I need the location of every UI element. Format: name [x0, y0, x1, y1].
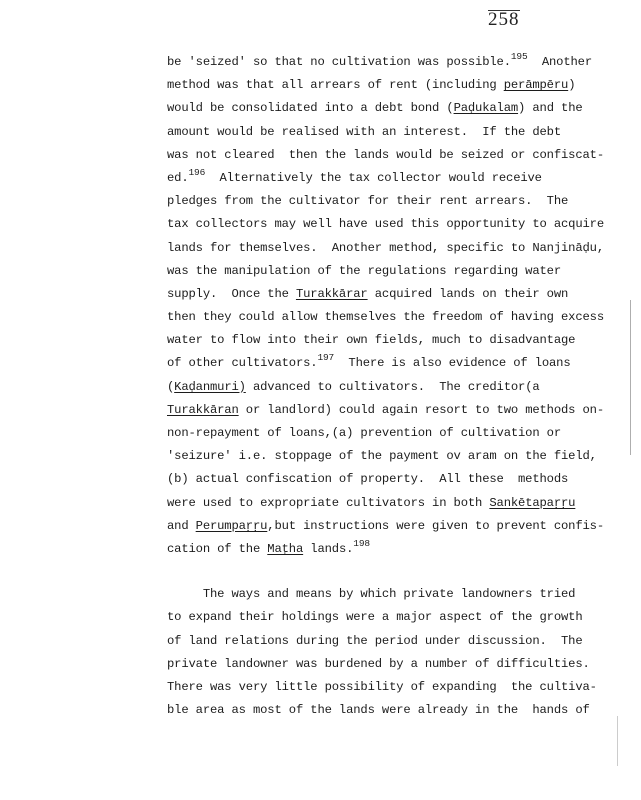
- text-line: supply. Once the Turakkārar acquired lan…: [167, 283, 637, 306]
- text-line: private landowner was burdened by a numb…: [167, 653, 637, 676]
- text-span: to expand their holdings were a major as…: [167, 610, 583, 624]
- text-line: and Perumpaṛṛu,but instructions were giv…: [167, 515, 637, 538]
- text-line: be 'seized' so that no cultivation was p…: [167, 51, 637, 74]
- footnote-ref: 195: [511, 51, 528, 62]
- text-span: pledges from the cultivator for their re…: [167, 194, 568, 208]
- underlined-term: Kaḍanmuri): [174, 380, 246, 394]
- underlined-term: Sankētapaṛṛu: [489, 496, 575, 510]
- text-line: was the manipulation of the regulations …: [167, 260, 637, 283]
- page-number: 258: [488, 10, 520, 28]
- footnote-ref: 197: [317, 352, 334, 363]
- text-span: of other cultivators.: [167, 356, 317, 370]
- text-line: (b) actual confiscation of property. All…: [167, 468, 637, 491]
- text-span: ): [568, 78, 575, 92]
- text-line: ble area as most of the lands were alrea…: [167, 699, 637, 722]
- underlined-term: Perumpaṛṛu: [196, 519, 268, 533]
- text-line: of land relations during the period unde…: [167, 630, 637, 653]
- text-span: method was that all arrears of rent (inc…: [167, 78, 504, 92]
- text-span: Another: [528, 55, 592, 69]
- text-span: ble area as most of the lands were alrea…: [167, 703, 590, 717]
- text-span: 'seizure' i.e. stoppage of the payment o…: [167, 449, 597, 463]
- text-span: advanced to cultivators. The creditor(a: [246, 380, 540, 394]
- text-line: was not cleared then the lands would be …: [167, 144, 637, 167]
- text-line: to expand their holdings were a major as…: [167, 606, 637, 629]
- footnote-ref: 196: [189, 167, 206, 178]
- text-span: and: [167, 519, 196, 533]
- text-line: The ways and means by which private land…: [167, 583, 637, 606]
- scan-artifact-line: [617, 716, 618, 766]
- text-span: Alternatively the tax collector would re…: [205, 171, 542, 185]
- text-span: was not cleared then the lands would be …: [167, 148, 604, 162]
- text-span: was the manipulation of the regulations …: [167, 264, 561, 278]
- text-line: tax collectors may well have used this o…: [167, 213, 637, 236]
- text-span: acquired lands on their own: [368, 287, 569, 301]
- text-span: lands for themselves. Another method, sp…: [167, 241, 604, 255]
- text-span: ) and the: [518, 101, 582, 115]
- text-span: cation of the: [167, 542, 267, 556]
- body-text: be 'seized' so that no cultivation was p…: [167, 51, 637, 722]
- text-span: (b) actual confiscation of property. All…: [167, 472, 568, 486]
- text-line: There was very little possibility of exp…: [167, 676, 637, 699]
- text-span: lands.: [303, 542, 353, 556]
- text-span: then they could allow themselves the fre…: [167, 310, 604, 324]
- footnote-ref: 198: [353, 538, 370, 549]
- paragraph: be 'seized' so that no cultivation was p…: [167, 51, 637, 561]
- text-line: (Kaḍanmuri) advanced to cultivators. The…: [167, 376, 637, 399]
- text-line: then they could allow themselves the fre…: [167, 306, 637, 329]
- text-line: method was that all arrears of rent (inc…: [167, 74, 637, 97]
- text-line: pledges from the cultivator for their re…: [167, 190, 637, 213]
- text-span: be 'seized' so that no cultivation was p…: [167, 55, 511, 69]
- text-line: ed.196 Alternatively the tax collector w…: [167, 167, 637, 190]
- text-span: or landlord) could again resort to two m…: [239, 403, 604, 417]
- scan-artifact-line: [630, 300, 631, 455]
- underlined-term: Turakkārar: [296, 287, 368, 301]
- text-line: water to flow into their own fields, muc…: [167, 329, 637, 352]
- text-line: cation of the Maṭha lands.198: [167, 538, 637, 561]
- text-span: The ways and means by which private land…: [167, 587, 575, 601]
- underlined-term: perāmpēru: [504, 78, 568, 92]
- paragraph: The ways and means by which private land…: [167, 583, 637, 722]
- underlined-term: Maṭha: [267, 542, 303, 556]
- underlined-term: Paḍukalam: [454, 101, 518, 115]
- text-span: supply. Once the: [167, 287, 296, 301]
- text-span: tax collectors may well have used this o…: [167, 217, 604, 231]
- paragraph-gap: [167, 561, 637, 583]
- text-span: were used to expropriate cultivators in …: [167, 496, 489, 510]
- text-span: There was very little possibility of exp…: [167, 680, 597, 694]
- text-span: water to flow into their own fields, muc…: [167, 333, 575, 347]
- text-line: were used to expropriate cultivators in …: [167, 492, 637, 515]
- underlined-term: Turakkāran: [167, 403, 239, 417]
- text-line: lands for themselves. Another method, sp…: [167, 237, 637, 260]
- text-span: There is also evidence of loans: [334, 356, 570, 370]
- text-line: non-repayment of loans,(a) prevention of…: [167, 422, 637, 445]
- text-span: private landowner was burdened by a numb…: [167, 657, 590, 671]
- text-span: non-repayment of loans,(a) prevention of…: [167, 426, 561, 440]
- text-line: amount would be realised with an interes…: [167, 121, 637, 144]
- text-span: of land relations during the period unde…: [167, 634, 583, 648]
- text-line: of other cultivators.197 There is also e…: [167, 352, 637, 375]
- text-line: Turakkāran or landlord) could again reso…: [167, 399, 637, 422]
- text-span: would be consolidated into a debt bond (: [167, 101, 454, 115]
- text-span: ,but instructions were given to prevent …: [267, 519, 604, 533]
- text-line: 'seizure' i.e. stoppage of the payment o…: [167, 445, 637, 468]
- text-span: amount would be realised with an interes…: [167, 125, 561, 139]
- text-span: ed.: [167, 171, 189, 185]
- text-line: would be consolidated into a debt bond (…: [167, 97, 637, 120]
